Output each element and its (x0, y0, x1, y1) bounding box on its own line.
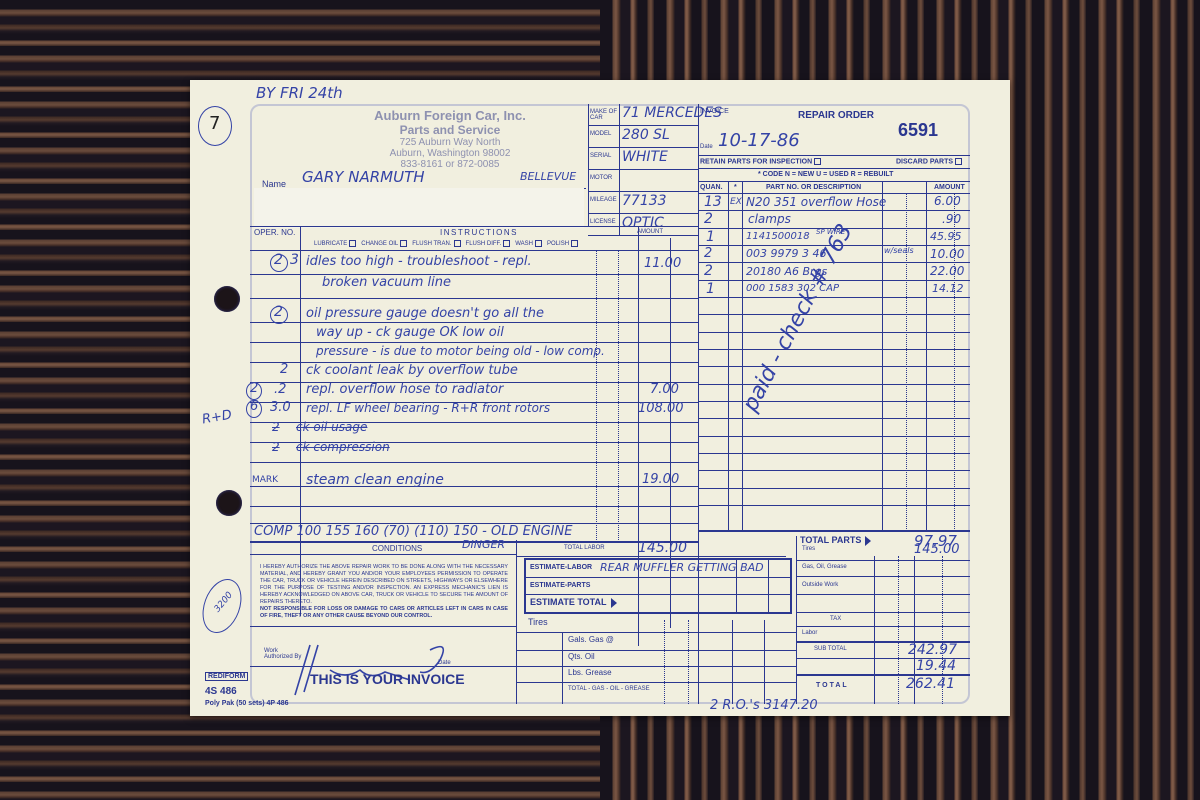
shop-subtitle: Parts and Service (310, 123, 590, 137)
invoice-label: INVOICE (700, 108, 729, 115)
vehicle-motor: MOTOR (588, 170, 698, 192)
form-brand: REDIFORM (205, 672, 248, 681)
summary-labor-label: Labor (802, 630, 817, 636)
discard-parts-label: DISCARD PARTS (896, 158, 962, 165)
flush-tran-checkbox[interactable] (454, 240, 461, 247)
grease-label: Lbs. Grease (568, 668, 612, 677)
instructions-amount-header: AMOUNT (637, 229, 663, 235)
change-oil-checkbox[interactable] (400, 240, 407, 247)
summary-outside-work-label: Outside Work (802, 582, 838, 588)
date-label: Date (700, 144, 713, 150)
lubricate-checkbox[interactable] (349, 240, 356, 247)
form-pack: Poly Pak (50 sets) 4P 486 (205, 700, 289, 707)
vehicle-mileage: MILEAGE77133 (588, 192, 698, 214)
shop-street: 725 Auburn Way North (310, 137, 590, 148)
vehicle-serial: SERIALWHITE (588, 148, 698, 170)
repair-order-title: REPAIR ORDER (798, 110, 874, 121)
shop-city: Auburn, Washington 98002 (310, 148, 590, 159)
customer-name: GARY NARMUTH (302, 168, 425, 186)
tires-label: Tires (528, 617, 548, 627)
liability-disclaimer: NOT RESPONSIBLE FOR LOSS OR DAMAGE TO CA… (260, 606, 508, 620)
retain-parts-checkbox[interactable] (814, 158, 821, 165)
gas-label: Gals. Gas @ (568, 635, 614, 644)
summary-tires-label: Tires (802, 546, 815, 552)
order-date: 10-17-86 (718, 130, 800, 151)
quan-header: QUAN. (700, 184, 723, 191)
retain-parts-label: RETAIN PARTS FOR INSPECTION (700, 158, 821, 165)
instructions-header: INSTRUCTIONS (440, 228, 518, 237)
total-gas-oil-grease-label: TOTAL - GAS - OIL - GREASE (568, 686, 650, 692)
summary-total-label: TOTAL (816, 682, 849, 689)
summary-tax-label: TAX (830, 616, 841, 622)
vehicle-make: MAKE OF CAR71 MERCEDES (588, 104, 698, 126)
code-legend: * CODE N = NEW U = USED R = REBUILT (758, 171, 893, 178)
wash-checkbox[interactable] (535, 240, 542, 247)
repair-order-number: 6591 (898, 120, 938, 141)
authorization-text: I HEREBY AUTHORIZE THE ABOVE REPAIR WORK… (260, 564, 508, 620)
summary-tax-value: 19.44 (916, 658, 956, 674)
discard-parts-checkbox[interactable] (955, 158, 962, 165)
total-labor-label: TOTAL LABOR (564, 545, 605, 551)
estimate-parts-label: ESTIMATE-PARTS (530, 582, 590, 589)
shop-name: Auburn Foreign Car, Inc. (310, 108, 590, 123)
polish-checkbox[interactable] (571, 240, 578, 247)
repair-order-document: BY FRI 24th 7 Auburn Foreign Car, Inc. P… (190, 80, 1010, 716)
summary-gas-oil-grease-label: Gas, Oil, Grease (802, 564, 847, 570)
customer-city: BELLEVUE (520, 170, 576, 183)
summary-subtotal-value: 242.97 (908, 642, 957, 658)
amount-header: AMOUNT (934, 184, 965, 191)
margin-circle: 3200 (196, 574, 249, 639)
estimate-total-label: ESTIMATE TOTAL (530, 597, 617, 608)
oil-label: Qts. Oil (568, 652, 595, 661)
binder-hole-bottom (216, 490, 242, 516)
flush-diff-checkbox[interactable] (503, 240, 510, 247)
form-code: 4S 486 (205, 686, 237, 697)
estimate-labor-label: ESTIMATE-LABOR (530, 564, 592, 571)
service-checkboxes: LUBRICATE CHANGE OIL FLUSH TRAN. FLUSH D… (314, 240, 578, 247)
compression-readings: COMP 100 155 160 (70) (110) 150 - OLD EN… (254, 524, 572, 539)
description-header: PART NO. OR DESCRIPTION (766, 184, 861, 191)
binder-hole-top (214, 286, 240, 312)
oper-no-label: OPER. NO. (254, 228, 295, 237)
code-header: * (734, 184, 737, 191)
estimate-labor-note: REAR MUFFLER GETTING BAD (600, 561, 764, 574)
estimate-box: ESTIMATE-LABOR REAR MUFFLER GETTING BAD … (524, 558, 792, 614)
summary-subtotal-label: SUB TOTAL (814, 646, 847, 652)
margin-note-rd: R+D (201, 408, 233, 428)
vehicle-model: MODEL280 SL (588, 126, 698, 148)
conditions-label: CONDITIONS (372, 544, 422, 553)
invoice-banner: THIS IS YOUR INVOICE (310, 671, 465, 687)
summary-total-value: 262.41 (906, 676, 955, 692)
vehicle-info: MAKE OF CAR71 MERCEDES MODEL280 SL SERIA… (588, 104, 698, 236)
conditions-handwritten: DINGER (462, 538, 505, 551)
redacted-area (254, 188, 584, 228)
customer-signature (290, 640, 460, 700)
deadline-note: BY FRI 24th (256, 84, 343, 102)
total-labor-value: 145.00 (638, 540, 687, 556)
footer-ro-note: 2 R.O.'s 3147.20 (710, 698, 818, 713)
summary-tires-value: 145.00 (914, 542, 960, 557)
shop-header: Auburn Foreign Car, Inc. Parts and Servi… (310, 108, 590, 170)
total-parts-label: TOTAL PARTS (800, 535, 871, 546)
circled-number: 7 (198, 106, 232, 146)
